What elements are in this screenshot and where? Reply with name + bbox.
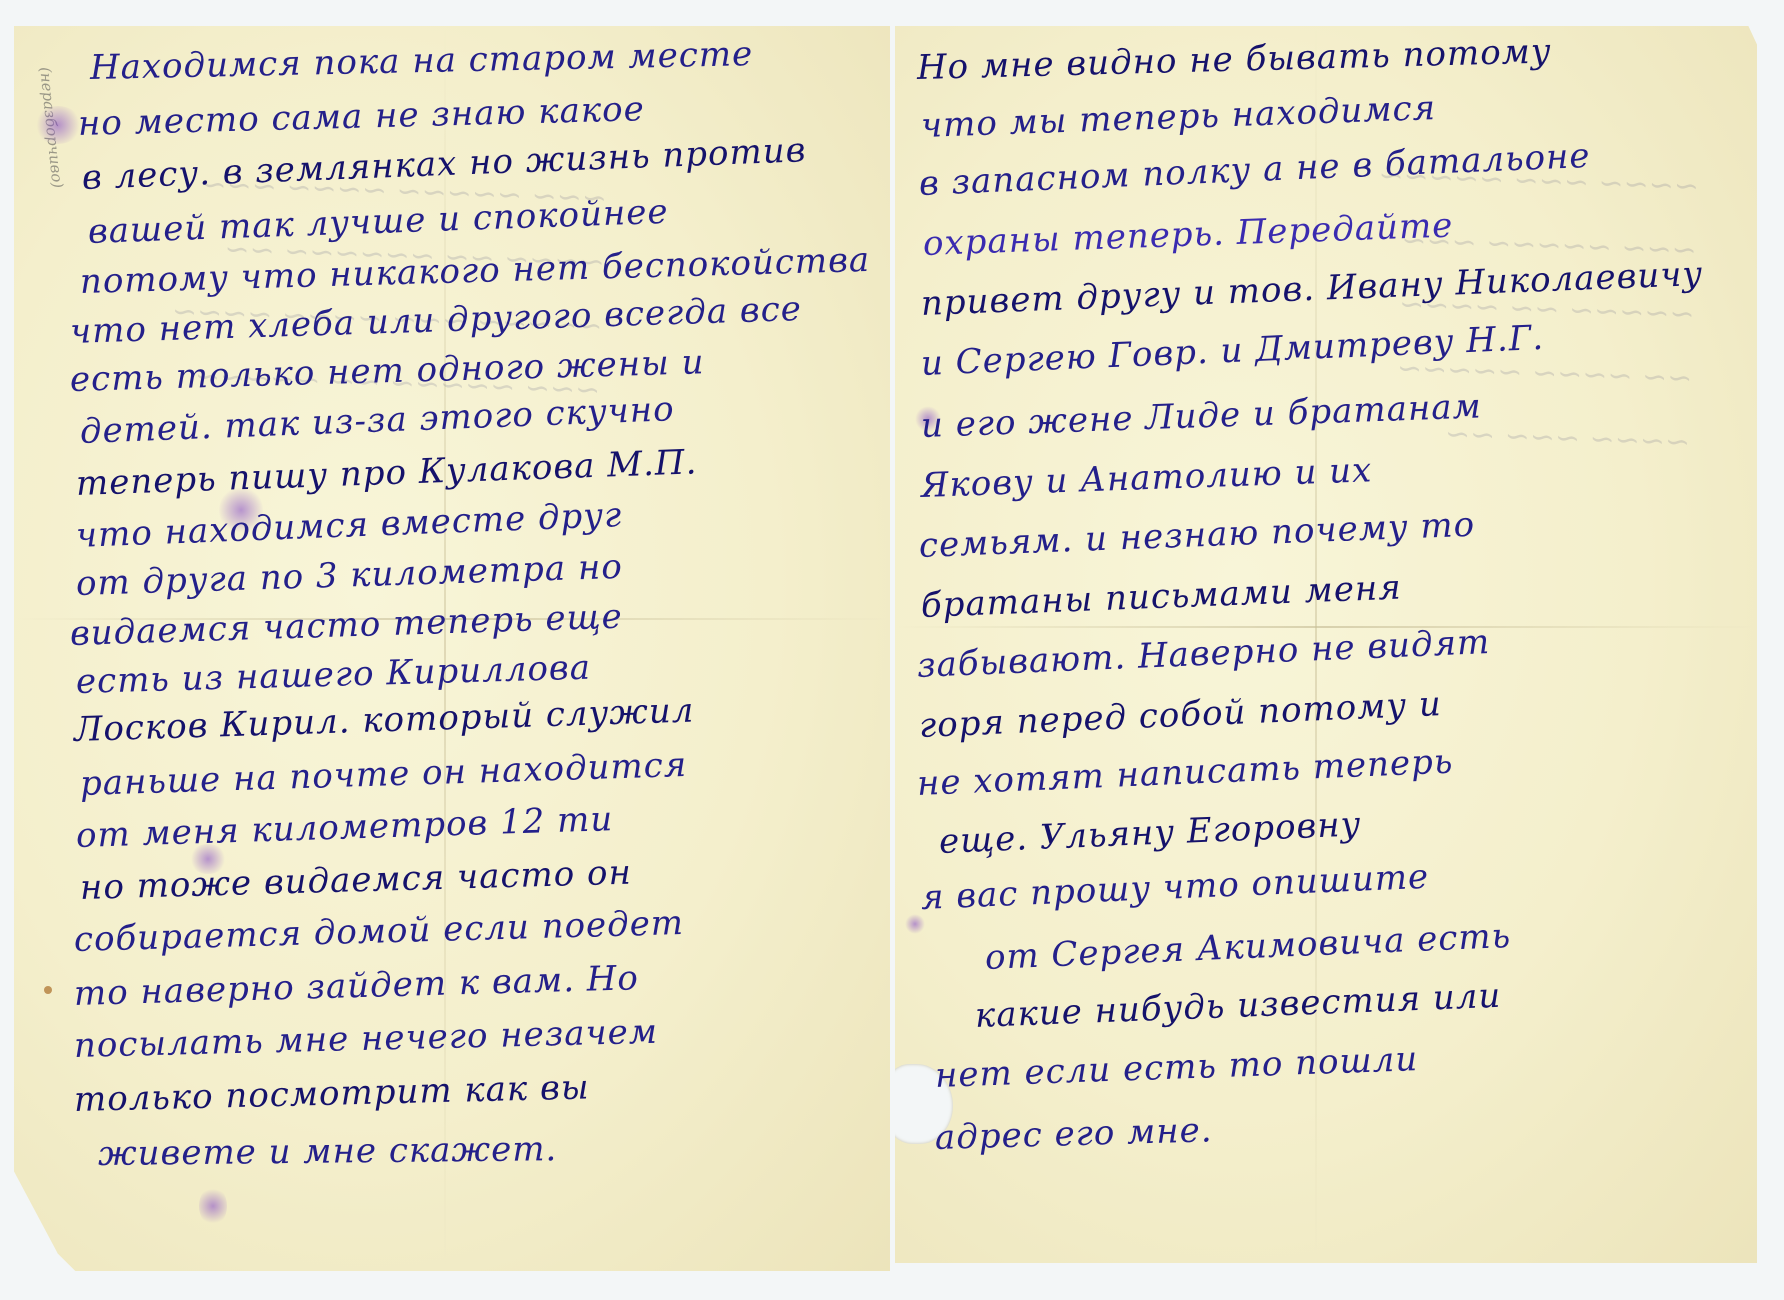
letter-line: забывают. Наверно не видят [916,622,1491,686]
letter-line: от Сергея Акимовича есть [984,916,1512,978]
letter-line: но место сама не знаю какое [77,89,645,144]
letter-line: от друга по 3 километра но [75,547,623,604]
letter-line: и его жене Лиде и братанам [920,386,1482,446]
letter-line: семьям. и незнаю почему то [918,505,1476,566]
letter-line: от меня километров 12 ти [75,799,613,856]
letter-line: собирается домой если поедет [73,903,684,960]
letter-line: посылать мне нечего незачем [74,1012,659,1066]
letter-line: Якову и Анатолию и их [920,450,1373,506]
ink-smudge [199,1186,227,1226]
letter-line: какие нибудь известия или [974,976,1502,1036]
letter-line: раньше на почте он находится [79,745,687,804]
letter-line: детей. так из-за этого скучно [79,389,675,452]
letter-page-right: ~~~~ ~~~ ~~~~~ ~~~ ~~~~~ ~~~ ~~~~~ ~~ ~~… [895,26,1757,1263]
letter-line: еще. Ульяну Егоровну [938,804,1362,862]
letter-line: есть из нашего Кириллова [75,648,591,702]
ink-smudge [34,106,82,144]
letter-line: видаемся часто теперь еще [69,597,623,654]
letter-line: я вас прошу что опишите [920,857,1430,918]
letter-line: вашей так лучше и спокойнее [87,192,669,252]
letter-line: и Сергею Говр. и Дмитреву Н.Г. [920,318,1545,384]
rust-spot [44,986,52,994]
letter-line: не хотят написать теперь [916,742,1454,804]
letter-page-left: ~~~ ~~~~~ ~~~~ ~~~ ~~~~ ~~ ~~~~~~ ~~ ~~~… [14,26,890,1271]
letter-line: нет если есть то пошли [934,1039,1419,1096]
fold-crease [895,626,1757,628]
letter-line: адрес его мне. [934,1110,1213,1158]
letter-line: что находимся вместе друг [75,495,623,556]
letter-line: то наверно зайдет к вам. Но [73,958,639,1014]
letter-line: Находимся пока на старом месте [90,34,754,88]
letter-line: в запасном полку а не в батальоне [918,136,1591,204]
letter-line: только посмотрит как вы [74,1067,590,1120]
letter-line: братаны письмами меня [920,568,1402,626]
letter-line: привет другу и тов. Ивану Николаевичу [920,254,1704,324]
letter-line: охраны теперь. Передайте [922,205,1454,263]
letter-line: Но мне видно не бывать потому [916,31,1552,88]
letter-line: горя перед собой потому и [918,684,1442,746]
letter-line: что мы теперь находимся [920,88,1436,146]
letter-line: живете и мне скажет. [98,1129,558,1174]
letter-line: но тоже видаемся часто он [79,853,632,908]
